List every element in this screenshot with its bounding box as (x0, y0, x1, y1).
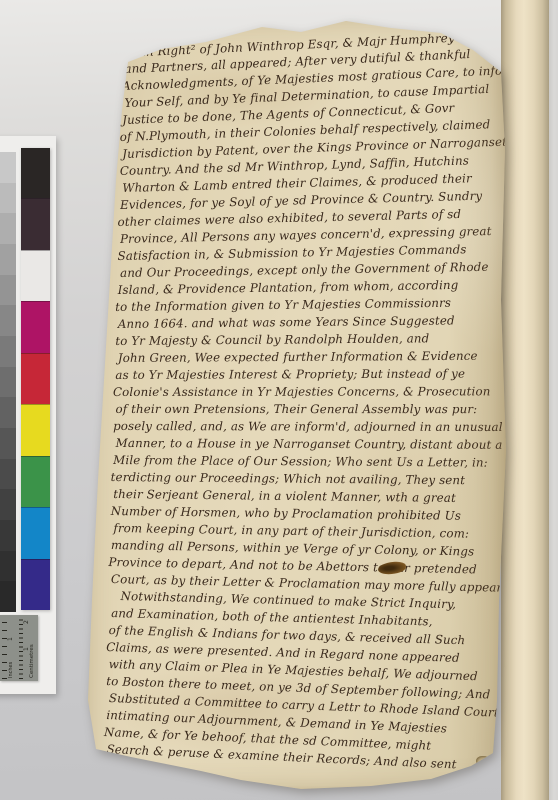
gray-step (0, 489, 16, 520)
manuscript-line: Manner, to a House in ye Narroganset Cou… (116, 435, 490, 454)
gray-step (0, 275, 16, 306)
gray-step (0, 397, 16, 428)
inch-ticks (2, 617, 7, 679)
gray-step (0, 581, 16, 612)
manuscript-line: as to Yr Majesties Interest & Propriety;… (115, 365, 491, 384)
folio-number: 158 b (99, 43, 136, 61)
color-patch-white (21, 250, 50, 301)
gray-step (0, 367, 16, 398)
cm-number-2: 2 (24, 620, 30, 624)
gray-step (0, 336, 16, 367)
gray-step (0, 551, 16, 582)
gray-step (0, 213, 16, 244)
ruler-scale: Inches 1 1 2 Centimetres (0, 615, 38, 681)
color-patch-black (21, 148, 50, 198)
manuscript-line: to Yr Majesty & Council by Randolph Houl… (115, 330, 492, 350)
gray-step (0, 152, 16, 183)
color-patch-red (21, 353, 50, 404)
ruler-patch: Inches 1 1 2 Centimetres (0, 615, 38, 681)
gray-step (0, 428, 16, 459)
manuscript-page: 158 b 5 in Right² of John Winthrop Esqr,… (86, 18, 508, 790)
gray-step (0, 520, 16, 551)
manuscript-shadow-wrap: 158 b 5 in Right² of John Winthrop Esqr,… (0, 0, 558, 800)
color-patch-blue (21, 507, 50, 558)
inch-number: 1 (8, 637, 14, 641)
gray-step (0, 459, 16, 490)
calibration-card: Inches 1 1 2 Centimetres (0, 136, 56, 694)
color-patch-indigo (21, 559, 50, 610)
color-patch-green (21, 456, 50, 507)
manuscript-line: posely called, and, as We are inform'd, … (113, 418, 490, 436)
manuscript-line: John Green, Wee expected further Informa… (118, 348, 492, 367)
gray-step (0, 244, 16, 275)
gray-step (0, 305, 16, 336)
text-block: in Right² of John Winthrop Esqr, & Majr … (122, 44, 500, 758)
centimetres-label: Centimetres (30, 644, 35, 678)
inches-label: Inches (9, 662, 14, 678)
color-patch-magenta (21, 301, 50, 352)
manuscript-line: Colonie's Assistance in Yr Majesties Con… (113, 383, 491, 401)
color-patch-dark-purple (21, 198, 50, 249)
color-patch-yellow (21, 404, 50, 455)
pencil-mark: 5 (103, 62, 110, 73)
paper-tear (476, 756, 489, 767)
grayscale-strip (0, 152, 16, 612)
scanned-photo: 158 b 5 in Right² of John Winthrop Esqr,… (0, 0, 558, 800)
gray-step (0, 183, 16, 214)
color-strip (21, 148, 50, 610)
manuscript-line: of their own Pretensions, Their General … (115, 401, 490, 418)
